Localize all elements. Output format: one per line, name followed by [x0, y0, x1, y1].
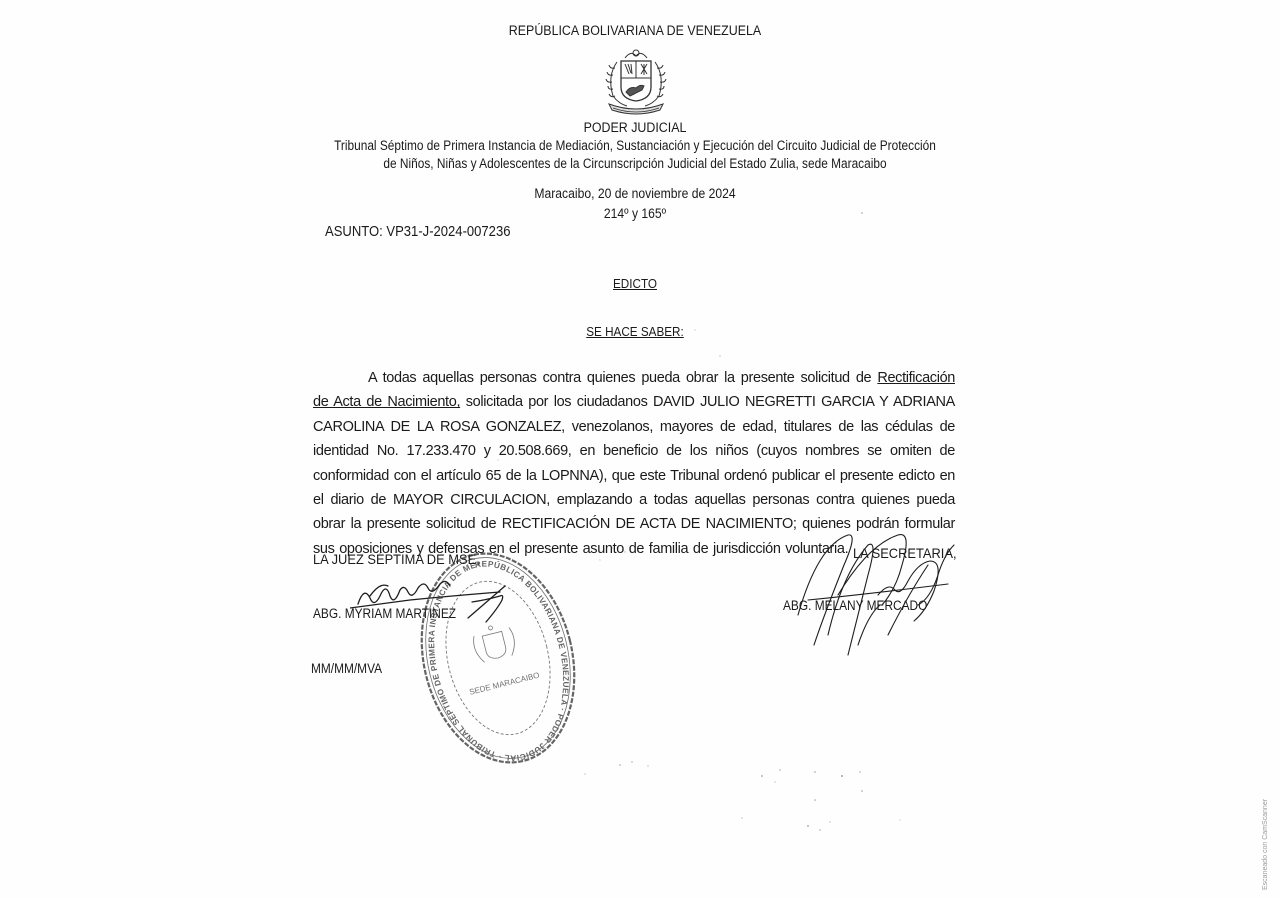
header-court-line-2: de Niños, Niñas y Adolescentes de la Cir…: [340, 156, 930, 171]
header-branch: PODER JUDICIAL: [327, 120, 943, 135]
scanner-watermark: Escaneado con CamScanner: [1262, 799, 1269, 890]
header-country: REPÚBLICA BOLIVARIANA DE VENEZUELA: [327, 23, 943, 38]
secretary-signature: [768, 525, 968, 665]
edict-body-part-1: A todas aquellas personas contra quienes…: [368, 370, 877, 386]
header-place-date: Maracaibo, 20 de noviembre de 2024: [334, 186, 937, 201]
document-page: REPÚBLICA BOLIVARIANA DE VENEZUELA: [0, 0, 1280, 898]
header-years: 214º y 165º: [334, 206, 937, 221]
case-number: ASUNTO: VP31-J-2024-007236: [325, 224, 510, 240]
seal-center-text: SEDE MARACAIBO: [468, 671, 540, 697]
venezuela-coat-of-arms-icon: [597, 48, 675, 118]
header-court-line-1: Tribunal Séptimo de Primera Instancia de…: [330, 138, 941, 153]
judge-signature: [350, 578, 520, 624]
title-edicto: EDICTO: [334, 276, 937, 291]
document-initials: MM/MM/MVA: [311, 661, 382, 676]
title-se-hace-saber: SE HACE SABER:: [334, 324, 937, 339]
